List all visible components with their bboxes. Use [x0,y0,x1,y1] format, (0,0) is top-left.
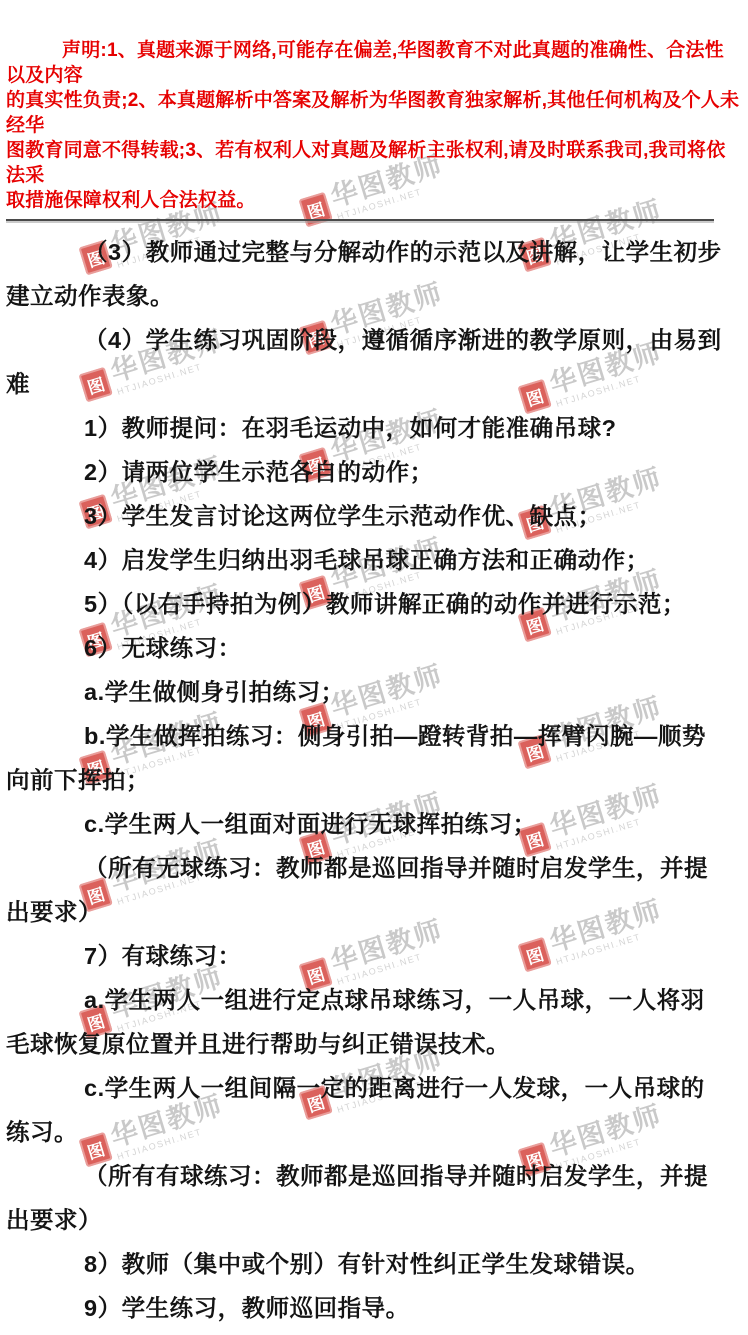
disclaimer-text: 1、真题来源于网络,可能存在偏差,华图教育不对此真题的准确性、合法性以及内容 [6,40,724,86]
body-line: （所有无球练习：教师都是巡回指导并随时启发学生，并提 [6,846,744,890]
body-line: 9）学生练习，教师巡回指导。 [6,1286,744,1330]
body-line: 7）有球练习： [6,934,744,978]
body-line: 8）教师（集中或个别）有针对性纠正学生发球错误。 [6,1242,744,1286]
disclaimer-line: 图教育同意不得转载;3、若有权利人对真题及解析主张权利,请及时联系我司,我司将依… [6,138,740,188]
body-line: 6）无球练习： [6,626,744,670]
body-line: c.学生两人一组面对面进行无球挥拍练习； [6,802,744,846]
document-content: 声明:1、真题来源于网络,可能存在偏差,华图教育不对此真题的准确性、合法性以及内… [0,0,748,1330]
disclaimer: 声明:1、真题来源于网络,可能存在偏差,华图教育不对此真题的准确性、合法性以及内… [0,0,748,213]
body-line: a.学生两人一组进行定点球吊球练习，一人吊球，一人将羽 [6,978,744,1022]
body-line: 2）请两位学生示范各自的动作； [6,450,744,494]
body-line: b.学生做挥拍练习：侧身引拍—蹬转背拍—挥臂闪腕—顺势 [6,714,744,758]
body-line: 3）学生发言讨论这两位学生示范动作优、缺点； [6,494,744,538]
document-page: 图华图教师HTJIAOSHI.NET图华图教师HTJIAOSHI.NET图华图教… [0,0,748,1335]
disclaimer-line: 取措施保障权利人合法权益。 [6,188,740,213]
body-line: 出要求） [6,1198,744,1242]
body-line: （所有有球练习：教师都是巡回指导并随时启发学生，并提 [6,1154,744,1198]
document-body: （3）教师通过完整与分解动作的示范以及讲解，让学生初步建立动作表象。（4）学生练… [0,221,748,1330]
body-line: 毛球恢复原位置并且进行帮助与纠正错误技术。 [6,1022,744,1066]
body-line: 练习。 [6,1110,744,1154]
body-line: 向前下挥拍； [6,758,744,802]
body-line: （3）教师通过完整与分解动作的示范以及讲解，让学生初步 [6,230,744,274]
disclaimer-lead: 声明: [62,40,107,61]
body-line: 1）教师提问：在羽毛运动中，如何才能准确吊球? [6,406,744,450]
disclaimer-line: 声明:1、真题来源于网络,可能存在偏差,华图教育不对此真题的准确性、合法性以及内… [6,38,740,88]
body-line: 出要求） [6,890,744,934]
body-line: 4）启发学生归纳出羽毛球吊球正确方法和正确动作； [6,538,744,582]
body-line: 难 [6,362,744,406]
body-line: c.学生两人一组间隔一定的距离进行一人发球，一人吊球的 [6,1066,744,1110]
body-line: 建立动作表象。 [6,274,744,318]
body-line: a.学生做侧身引拍练习； [6,670,744,714]
body-line: （4）学生练习巩固阶段，遵循循序渐进的教学原则，由易到 [6,318,744,362]
disclaimer-line: 的真实性负责;2、本真题解析中答案及解析为华图教育独家解析,其他任何机构及个人未… [6,88,740,138]
body-line: 5）（以右手持拍为例）教师讲解正确的动作并进行示范； [6,582,744,626]
